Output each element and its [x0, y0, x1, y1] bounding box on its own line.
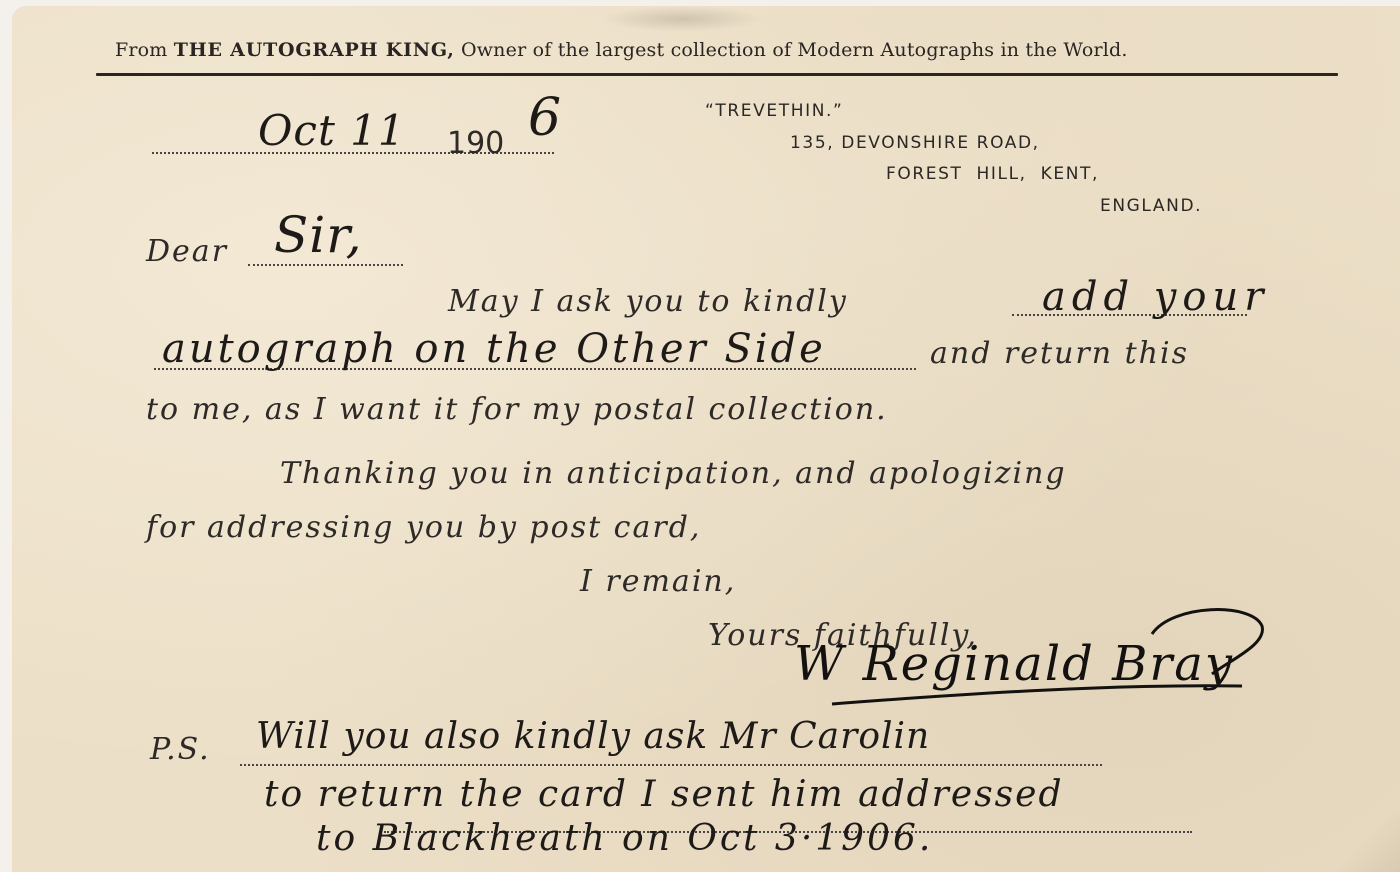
- address-country: ENGLAND.: [1100, 196, 1202, 216]
- postscript-line3: to Blackheath on Oct 3·1906.: [316, 818, 933, 859]
- postcard: From THE AUTOGRAPH KING, Owner of the la…: [12, 6, 1400, 872]
- address-town: FOREST HILL, KENT,: [886, 164, 1099, 184]
- corner-crease: [1320, 812, 1400, 872]
- body-line2-printed: and return this: [930, 336, 1189, 371]
- address-street: 135, DEVONSHIRE ROAD,: [790, 133, 1040, 153]
- postscript-line1: Will you also kindly ask Mr Carolin: [256, 716, 930, 757]
- letterhead-prefix: From: [115, 39, 174, 61]
- postscript-label: P.S.: [150, 732, 211, 767]
- salutation-handwritten: Sir,: [274, 206, 363, 264]
- body-line1-handwritten: add your: [1042, 274, 1269, 320]
- ink-smudge: [602, 6, 762, 32]
- body-line1-printed: May I ask you to kindly: [448, 284, 848, 319]
- postscript-line1-dotted-line: [240, 764, 1102, 766]
- salutation-dotted-line: [248, 264, 403, 266]
- signature: W Reginald Bray: [794, 636, 1234, 692]
- body-line4-printed: Thanking you in anticipation, and apolog…: [280, 456, 1067, 491]
- date-handwritten: Oct 11: [258, 106, 406, 155]
- letterhead-sender: THE AUTOGRAPH KING,: [174, 39, 455, 61]
- letterhead: From THE AUTOGRAPH KING, Owner of the la…: [115, 39, 1128, 61]
- body-line2-handwritten: autograph on the Other Side: [162, 326, 826, 372]
- letterhead-tagline: Owner of the largest collection of Moder…: [455, 39, 1128, 61]
- body-line6-printed: I remain,: [580, 564, 736, 599]
- date-year-digit: 6: [528, 88, 562, 148]
- body-line3-printed: to me, as I want it for my postal collec…: [146, 392, 888, 427]
- date-printed-year: 190: [447, 126, 504, 161]
- postscript-line2: to return the card I sent him addressed: [264, 774, 1064, 815]
- salutation-printed: Dear: [146, 234, 228, 269]
- letterhead-rule: [96, 73, 1338, 76]
- address-house-name: “TREVETHIN.”: [705, 101, 843, 121]
- body-line5-printed: for addressing you by post card,: [146, 510, 701, 545]
